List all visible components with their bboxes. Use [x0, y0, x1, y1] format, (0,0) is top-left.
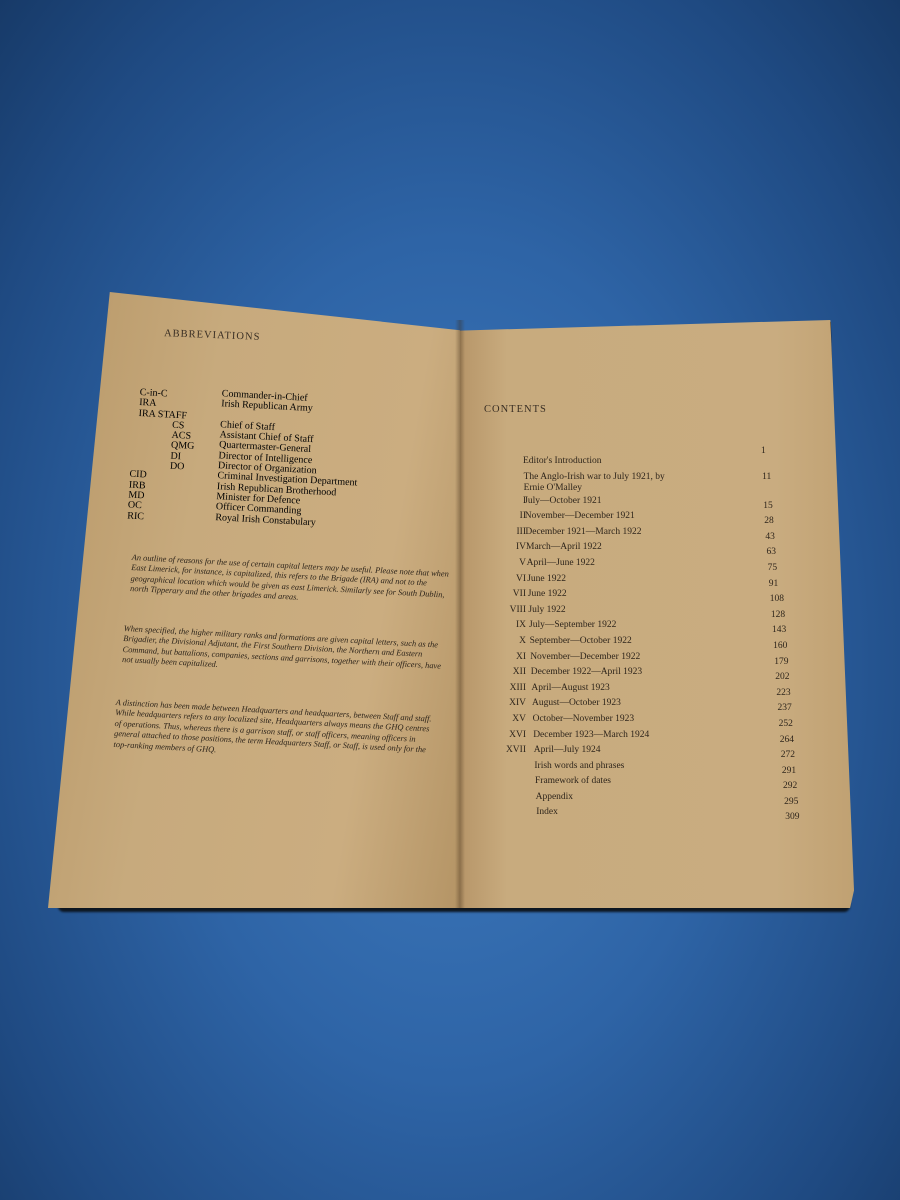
chapter-title: Index [536, 807, 558, 818]
contents-entry: VIJune 192291 [486, 574, 816, 590]
page-number: 91 [769, 579, 779, 590]
abbreviation-key: DO [170, 462, 185, 473]
page-number: 295 [784, 797, 798, 808]
chapter-title: June 1922 [527, 574, 566, 585]
page-number: 179 [774, 657, 788, 668]
page-number: 309 [785, 812, 799, 823]
chapter-title: December 1923—March 1924 [533, 730, 649, 741]
contents-entry: IVMarch—April 192263 [486, 542, 816, 558]
contents-entry: VIIJune 1922108 [486, 589, 816, 605]
page-number: 292 [783, 781, 797, 792]
contents-entry: XIIDecember 1922—April 1923202 [486, 667, 816, 683]
page-number: 28 [764, 516, 774, 527]
page-number: 143 [772, 625, 786, 636]
page-number: 1 [761, 446, 766, 457]
page-number: 264 [780, 735, 794, 746]
book-gutter [455, 320, 465, 908]
chapter-title: September—October 1922 [530, 636, 632, 647]
page-number: 160 [773, 641, 787, 652]
contents-entry: Index309 [486, 807, 816, 823]
chapter-number: V [519, 558, 526, 569]
chapter-title: July—September 1922 [529, 620, 616, 631]
page-number: 223 [776, 688, 790, 699]
chapter-number: XII [513, 667, 526, 678]
chapter-number: VI [516, 574, 526, 585]
contents-entry: XINovember—December 1922179 [486, 652, 816, 668]
chapter-title: Framework of dates [535, 776, 611, 787]
photo-scene: ABBREVIATIONS C-in-CCommander-in-ChiefIR… [0, 0, 900, 1200]
page-number: 252 [779, 719, 793, 730]
chapter-number: IV [516, 542, 526, 553]
chapter-number: VII [513, 589, 526, 600]
contents-entry: XSeptember—October 1922160 [486, 636, 816, 652]
page-number: 43 [765, 532, 775, 543]
contents-heading: CONTENTS [484, 404, 547, 415]
page-number: 291 [782, 766, 796, 777]
chapter-number: X [519, 636, 526, 647]
chapter-title: The Anglo-Irish war to July 1921, by Ern… [524, 472, 674, 494]
chapter-title: April—June 1922 [527, 558, 595, 569]
chapter-title: Appendix [536, 792, 573, 803]
chapter-number: XI [516, 652, 526, 663]
page-number: 11 [762, 472, 771, 483]
table-of-contents: Editor's Introduction1The Anglo-Irish wa… [486, 456, 816, 823]
chapter-title: October—November 1923 [533, 714, 635, 725]
contents-entry: XIIIApril—August 1923223 [486, 683, 816, 699]
chapter-number: XV [512, 714, 526, 725]
contents-entry: The Anglo-Irish war to July 1921, by Ern… [486, 472, 816, 496]
page-number: 108 [770, 594, 784, 605]
chapter-number: IX [516, 620, 526, 631]
chapter-number: XVI [509, 730, 526, 741]
chapter-title: Irish words and phrases [534, 761, 624, 772]
chapter-title: December 1922—April 1923 [531, 667, 642, 678]
chapter-title: August—October 1923 [532, 698, 621, 709]
chapter-title: November—December 1921 [525, 511, 635, 522]
contents-entry: IINovember—December 192128 [486, 511, 816, 527]
contents-entry: VApril—June 192275 [486, 558, 816, 574]
contents-entry: IJuly—October 192115 [486, 496, 816, 512]
chapter-title: November—December 1922 [530, 652, 640, 663]
chapter-title: April—July 1924 [534, 745, 601, 756]
contents-entry: XVIIApril—July 1924272 [486, 745, 816, 761]
contents-entry: XIVAugust—October 1923237 [486, 698, 816, 714]
chapter-title: March—April 1922 [526, 542, 602, 553]
page-number: 75 [768, 563, 778, 574]
contents-entry: VIIIJuly 1922128 [486, 605, 816, 621]
contents-entry: IIIDecember 1921—March 192243 [486, 527, 816, 543]
contents-entry: Editor's Introduction1 [486, 456, 816, 472]
chapter-title: Editor's Introduction [523, 456, 602, 467]
contents-entry: XVIDecember 1923—March 1924264 [486, 730, 816, 746]
page-number: 202 [775, 672, 789, 683]
chapter-title: July—October 1921 [524, 496, 601, 507]
chapter-title: April—August 1923 [531, 683, 609, 694]
abbreviation-key: RIC [127, 511, 144, 522]
page-number: 272 [781, 750, 795, 761]
page-number: 128 [771, 610, 785, 621]
chapter-title: June 1922 [528, 589, 567, 600]
contents-entry: Irish words and phrases291 [486, 761, 816, 777]
chapter-number: XIII [510, 683, 526, 694]
page-number: 15 [763, 501, 773, 512]
chapter-number: VIII [510, 605, 526, 616]
abbreviations-list: C-in-CCommander-in-ChiefIRAIrish Republi… [133, 388, 440, 537]
page-number: 63 [767, 547, 777, 558]
contents-entry: XVOctober—November 1923252 [486, 714, 816, 730]
chapter-title: July 1922 [528, 605, 565, 616]
chapter-number: XIV [509, 698, 526, 709]
contents-entry: Appendix295 [486, 792, 816, 808]
chapter-number: XVII [506, 745, 526, 756]
page-number: 237 [778, 703, 792, 714]
chapter-title: December 1921—March 1922 [525, 527, 641, 538]
contents-entry: IXJuly—September 1922143 [486, 620, 816, 636]
abbreviation-meaning: Irish Republican Army [221, 400, 313, 415]
contents-entry: Framework of dates292 [486, 776, 816, 792]
